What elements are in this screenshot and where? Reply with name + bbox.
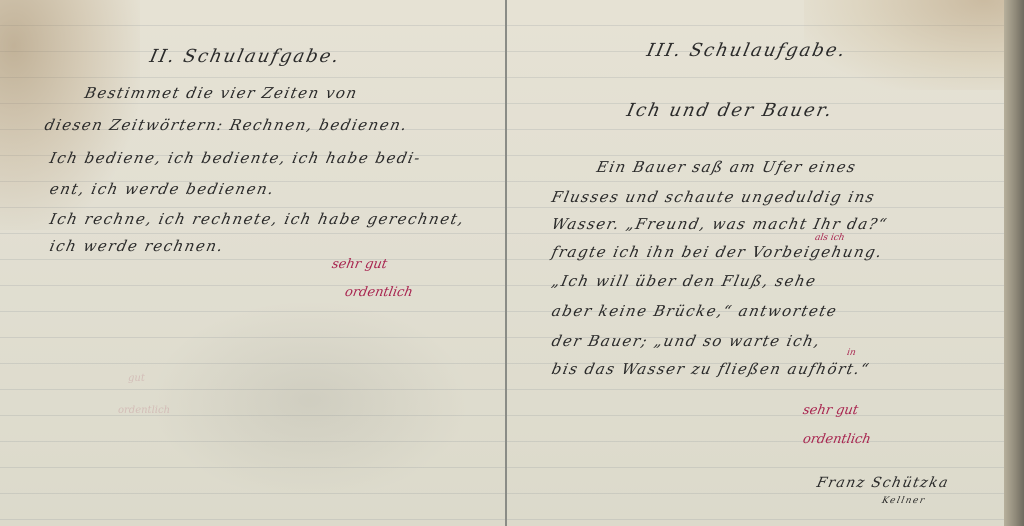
- teacher-remark-neatness: ordentlich: [344, 285, 414, 300]
- left-line-3: Ich bediene, ich bediente, ich habe bedi…: [48, 149, 423, 167]
- right-line-1: Ein Bauer saß am Ufer eines: [595, 158, 858, 176]
- right-line-5: „Ich will über den Fluß, sehe: [550, 272, 818, 290]
- left-page: II. Schulaufgabe. Bestimmet die vier Zei…: [0, 0, 505, 526]
- right-line-7: der Bauer; „und so warte ich,: [550, 332, 822, 350]
- right-line-4: fragte ich ihn bei der Vorbeigehung.: [550, 243, 885, 261]
- teacher-remark-neatness: ordentlich: [802, 432, 872, 447]
- left-line-1: Bestimmet die vier Zeiten von: [83, 84, 360, 102]
- right-line-2: Flusses und schaute ungeduldig ins: [550, 188, 877, 206]
- right-heading: III. Schulaufgabe.: [645, 40, 849, 61]
- teacher-remark-grade: sehr gut: [331, 257, 389, 272]
- right-line-8: bis das Wasser zu fließen aufhört.“: [550, 360, 872, 378]
- left-line-4: ent, ich werde bedienen.: [48, 180, 276, 198]
- bleedthrough-1: gut: [128, 373, 145, 384]
- right-line-6: aber keine Brücke,“ antwortete: [550, 302, 839, 320]
- left-line-2: diesen Zeitwörtern: Rechnen, bedienen.: [43, 116, 410, 134]
- smudge: [150, 300, 470, 500]
- left-heading: II. Schulaufgabe.: [148, 46, 343, 67]
- right-page: III. Schulaufgabe. Ich und der Bauer. Ei…: [507, 0, 1004, 526]
- story-title: Ich und der Bauer.: [625, 100, 835, 121]
- signature-subscript: Kellner: [881, 496, 927, 506]
- book-page-edges: [1004, 0, 1024, 526]
- left-line-5: Ich rechne, ich rechnete, ich habe gerec…: [48, 210, 466, 228]
- left-line-6: ich werde rechnen.: [48, 237, 226, 255]
- correction-als-ich: als ich: [814, 233, 845, 243]
- right-line-3: Wasser. „Freund, was macht Ihr da?“: [550, 215, 889, 233]
- bleedthrough-2: ordentlich: [118, 405, 170, 416]
- teacher-remark-grade: sehr gut: [802, 403, 860, 418]
- correction-in: in: [846, 348, 856, 358]
- notebook-spread: II. Schulaufgabe. Bestimmet die vier Zei…: [0, 0, 1024, 526]
- student-signature: Franz Schützka: [815, 475, 950, 491]
